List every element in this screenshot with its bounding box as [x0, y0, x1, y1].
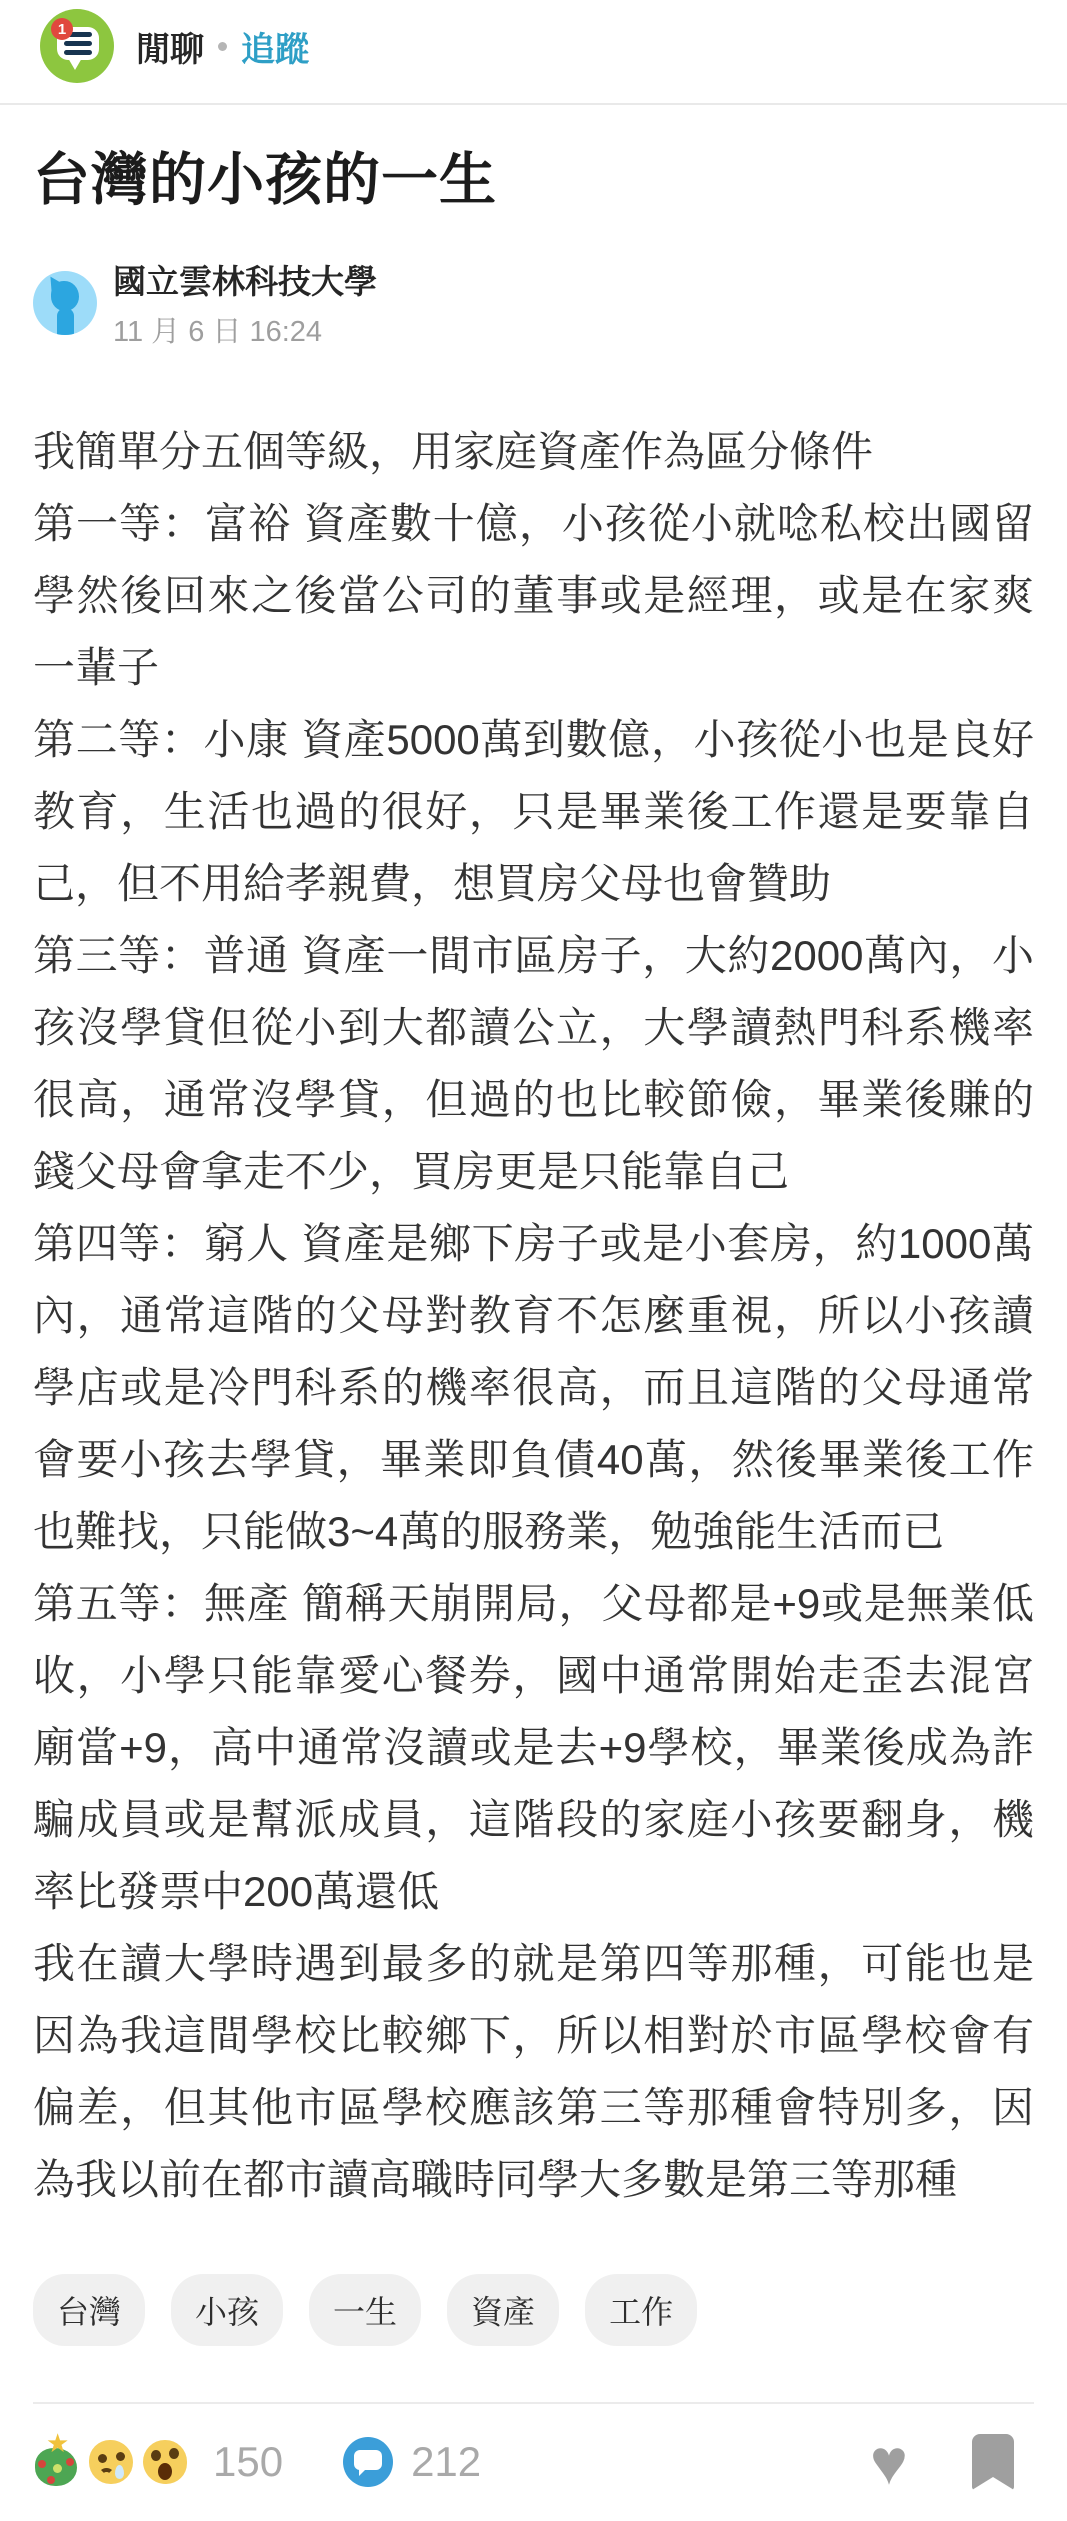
avatar-torso [57, 308, 74, 335]
post-footer: ★ 150 212 ♥ [33, 2402, 1034, 2521]
post-body: 我簡單分五個等級，用家庭資產作為區分條件第一等：富裕 資產數十億，小孩從小就唸私… [33, 416, 1034, 2216]
reaction-summary[interactable]: ★ 150 [33, 2438, 283, 2486]
user-avatar[interactable] [33, 271, 97, 335]
forum-name[interactable]: 閒聊 [136, 22, 204, 71]
post-page: 1 閒聊 追蹤 台灣的小孩的一生 國立雲林科技大學 11 月 6 日 16:24… [0, 0, 1067, 2521]
post-paragraph: 第五等：無產 簡稱天崩開局，父母都是+9或是無業低收，小學只能靠愛心餐券，國中通… [33, 1568, 1034, 1928]
reaction-count: 150 [213, 2438, 283, 2486]
avatar-head [51, 281, 79, 311]
post-title: 台灣的小孩的一生 [33, 145, 1034, 216]
post-timestamp: 11 月 6 日 16:24 [113, 309, 377, 350]
dot-separator-icon [218, 42, 227, 51]
tag-list: 台灣小孩一生資產工作 [33, 2274, 1034, 2346]
author-row: 國立雲林科技大學 11 月 6 日 16:24 [33, 256, 1034, 350]
surprised-face-reaction-icon [141, 2438, 189, 2486]
heart-like-button[interactable]: ♥ [870, 2438, 908, 2486]
post-content: 台灣的小孩的一生 國立雲林科技大學 11 月 6 日 16:24 我簡單分五個等… [0, 105, 1067, 2346]
post-paragraph: 第四等：窮人 資產是鄉下房子或是小套房，約1000萬內，通常這階的父母對教育不怎… [33, 1208, 1034, 1568]
comment-icon [343, 2437, 393, 2487]
comment-summary[interactable]: 212 [343, 2437, 481, 2487]
post-paragraph: 我簡單分五個等級，用家庭資產作為區分條件 [33, 416, 1034, 488]
tag-pill[interactable]: 資產 [447, 2274, 559, 2346]
follow-button[interactable]: 追蹤 [241, 22, 309, 71]
tag-pill[interactable]: 小孩 [171, 2274, 283, 2346]
forum-avatar[interactable]: 1 [40, 9, 114, 83]
forum-header: 1 閒聊 追蹤 [0, 0, 1067, 105]
post-paragraph: 我在讀大學時遇到最多的就是第四等那種，可能也是因為我這間學校比較鄉下，所以相對於… [33, 1928, 1034, 2216]
post-paragraph: 第一等：富裕 資產數十億，小孩從小就唸私校出國留學然後回來之後當公司的董事或是經… [33, 488, 1034, 704]
bookmark-button[interactable] [972, 2434, 1014, 2490]
post-paragraph: 第三等：普通 資產一間市區房子，大約2000萬內，小孩沒學貸但從小到大都讀公立，… [33, 920, 1034, 1208]
author-name[interactable]: 國立雲林科技大學 [113, 256, 377, 303]
tag-pill[interactable]: 台灣 [33, 2274, 145, 2346]
tag-pill[interactable]: 一生 [309, 2274, 421, 2346]
christmas-tree-reaction-icon: ★ [33, 2438, 81, 2486]
post-paragraph: 第二等：小康 資產5000萬到數億，小孩從小也是良好教育，生活也過的很好，只是畢… [33, 704, 1034, 920]
chat-bubble-tail [68, 58, 82, 70]
tag-pill[interactable]: 工作 [585, 2274, 697, 2346]
author-meta: 國立雲林科技大學 11 月 6 日 16:24 [113, 256, 377, 350]
sad-face-reaction-icon [87, 2438, 135, 2486]
comment-count: 212 [411, 2438, 481, 2486]
